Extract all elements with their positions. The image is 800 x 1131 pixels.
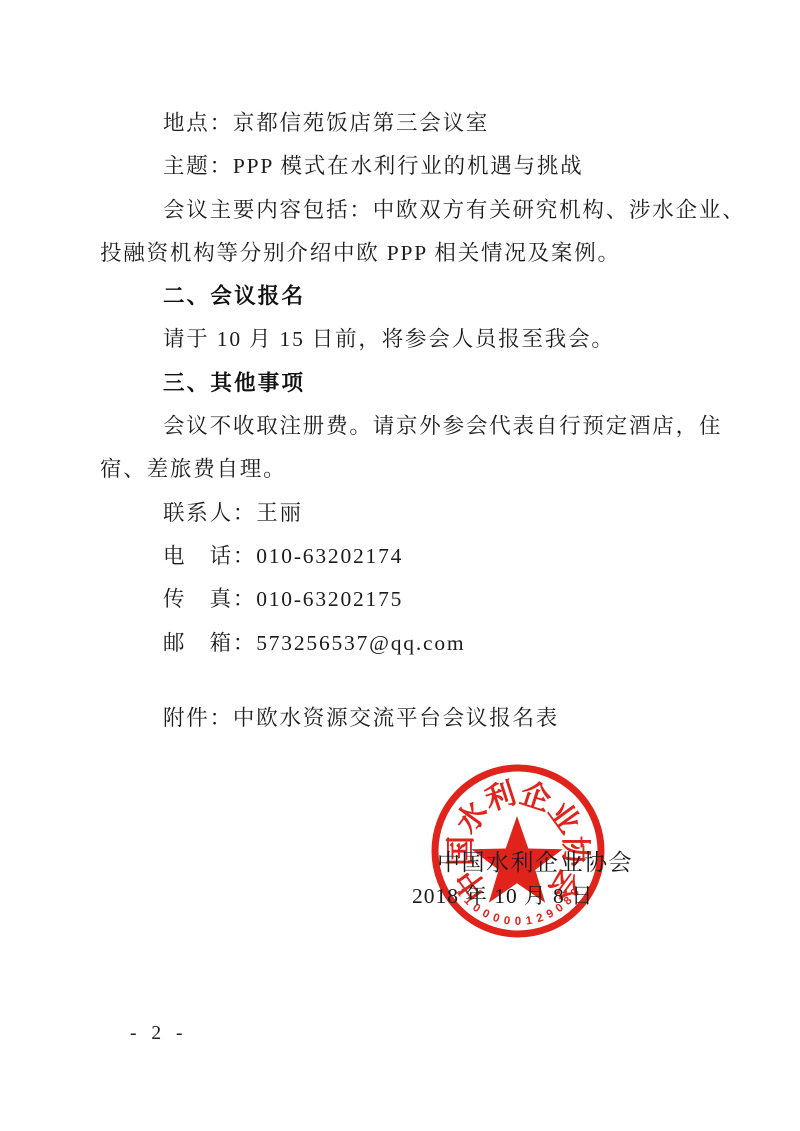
seal-serial-digit: 0 — [503, 915, 511, 928]
paragraph-line: 联系人：王丽 — [100, 492, 725, 535]
page-number: - 2 - — [130, 1023, 188, 1045]
paragraph-line: 地点：京都信苑饭店第三会议室 — [100, 102, 725, 145]
signature-date: 2018 年 10 月 8 日 — [412, 879, 594, 910]
paragraph-line: 附件：中欧水资源交流平台会议报名表 — [100, 697, 725, 740]
document-body: 地点：京都信苑饭店第三会议室主题：PPP 模式在水利行业的机遇与挑战会议主要内容… — [100, 102, 725, 740]
paragraph-line: 宿、差旅费自理。 — [100, 448, 725, 491]
seal-arc-char: 业 — [542, 796, 586, 840]
seal-arc-char: 利 — [481, 776, 520, 818]
seal-serial-digit: 1 — [525, 915, 534, 928]
paragraph-line: 传 真：010-63202175 — [100, 578, 725, 621]
seal-arc-char: 水 — [450, 796, 494, 840]
paragraph-line: 电 话：010-63202174 — [100, 535, 725, 578]
seal-serial-digit: 0 — [515, 916, 521, 928]
seal-serial-digit: 2 — [535, 912, 545, 925]
document-page: 地点：京都信苑饭店第三会议室主题：PPP 模式在水利行业的机遇与挑战会议主要内容… — [0, 0, 800, 1131]
paragraph-line: 三、其他事项 — [100, 362, 725, 405]
paragraph-line: 主题：PPP 模式在水利行业的机遇与挑战 — [100, 145, 725, 188]
seal-arc-char: 企 — [516, 776, 555, 818]
paragraph-line: 会议不收取注册费。请京外参会代表自行预定酒店，住 — [100, 405, 725, 448]
signature-org-name: 中国水利企业协会 — [437, 844, 633, 877]
seal-serial-digit: 0 — [491, 912, 501, 925]
paragraph-line: 请于 10 月 15 日前，将参会人员报至我会。 — [100, 318, 725, 361]
paragraph-line: 投融资机构等分别介绍中欧 PPP 相关情况及案例。 — [100, 232, 725, 275]
paragraph-line: 二、会议报名 — [100, 275, 725, 318]
paragraph-line: 邮 箱：573256537@qq.com — [100, 622, 725, 665]
paragraph-line: 会议主要内容包括：中欧双方有关研究机构、涉水企业、 — [100, 189, 725, 232]
